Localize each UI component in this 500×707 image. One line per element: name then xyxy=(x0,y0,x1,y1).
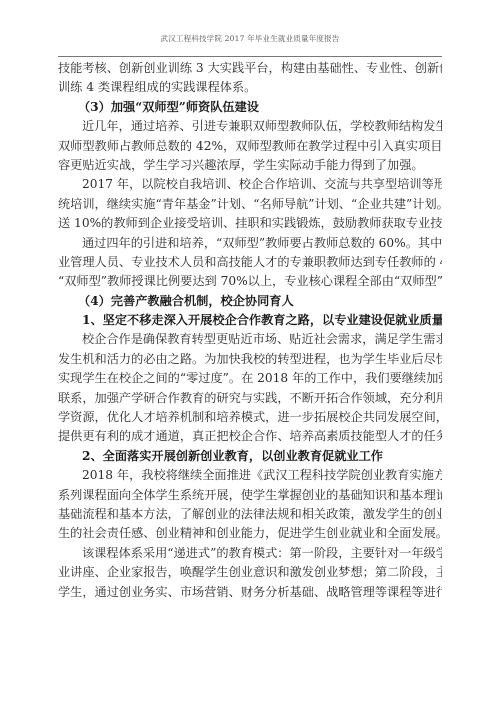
body-line: 近几年，通过培养、引进专兼职双师型教师队伍，学校教师结构发生了较大变化。 xyxy=(58,117,442,136)
subsection-heading-1: 1、坚定不移走深入开展校企合作教育之路，以专业建设促就业质量 xyxy=(58,311,442,330)
body-line: 联系，加强产学研合作教育的研究与实践，不断开拓合作领域，充分利用校外丰富的教 xyxy=(58,389,442,408)
body-line: 通过四年的引进和培养，“双师型”教师要占教师总数的 60%。其中，来自行业、企 xyxy=(58,234,442,253)
body-line: 校企合作是确保教育转型更贴近市场、贴近社会需求，满足学生需求，促进学校焕 xyxy=(58,330,442,349)
body-line: 业讲座、企业家报告，唤醒学生创业意识和激发创业梦想；第二阶段，主要针对二年级 xyxy=(58,563,442,582)
header-divider xyxy=(58,56,442,57)
body-line: “双师型”教师授课比例要达到 70%以上，专业核心课程全部由“双师型”教师授课。 xyxy=(58,272,442,291)
body-line: 学资源，优化人才培养机制和培养模式，进一步拓展校企共同发展空间，为技能型人才 xyxy=(58,408,442,427)
section-heading-3: （3）加强“双师型”师资队伍建设 xyxy=(58,98,442,117)
body-line: 训练 4 类课程组成的实践课程体系。 xyxy=(58,78,442,97)
body-line: 统培训，继续实施“青年基金”计划、“名师导航”计划、“企业共建”计划。每年将选 xyxy=(58,195,442,214)
body-line: 送 10%的教师到企业接受培训、挂职和实践锻炼，鼓励教师获取专业技能证书。 xyxy=(58,214,442,233)
body-line: 生的社会责任感、创业精神和创业能力，促进学生创业就业和全面发展。 xyxy=(58,524,442,543)
section-heading-4: （4）完善产教融合机制，校企协同育人 xyxy=(58,292,442,311)
body-line: 提供更有利的成才通道，真正把校企合作、培养高素质技能型人才的任务落到实处。 xyxy=(58,427,442,446)
body-line: 2018 年，我校将继续全面推进《武汉工程科技学院创业教育实施方案》，创业教育 xyxy=(58,466,442,485)
body-line: 学生，通过创业务实、市场营销、财务分析基础、战略管理等课程等进行学习，提升创 xyxy=(58,583,442,602)
body-line: 容更贴近实战，学生学习兴趣浓厚，学生实际动手能力得到了加强。 xyxy=(58,156,442,175)
body-line: 基础流程和基本方法，了解创业的法律法规和相关政策，激发学生的创业意识，提高学 xyxy=(58,505,442,524)
body-line: 技能考核、创新创业训练 3 大实践平台，构建由基础性、专业性、创新创业、企业实战 xyxy=(58,59,442,78)
body-line: 系列课程面向全体学生系统开展，使学生掌握创业的基础知识和基本理论，熟悉创业的 xyxy=(58,486,442,505)
subsection-heading-2: 2、全面落实开展创新创业教育，以创业教育促就业工作 xyxy=(58,447,442,466)
body-line: 该课程体系采用“递进式”的教育模式：第一阶段，主要针对一年级学生，通过创 xyxy=(58,544,442,563)
page-header-title: 武汉工程科技学院 2017 年毕业生就业质量年度报告 xyxy=(0,33,500,44)
body-line: 业管理人员、专业技术人员和高技能人才的专兼职教师达到专任教师的 40%。专业课由 xyxy=(58,253,442,272)
body-line: 2017 年，以院校自我培训、校企合作培训、交流与共享型培训等形式对教师进行系 xyxy=(58,175,442,194)
body-line: 双师型教师占教师总数的 42%，双师型教师在教学过程中引入真实项目和案例，教学内 xyxy=(58,137,442,156)
document-body: 技能考核、创新创业训练 3 大实践平台，构建由基础性、专业性、创新创业、企业实战… xyxy=(58,59,442,602)
body-line: 实现学生在校企之间的“零过度”。在 2018 年的工作中，我们要继续加强与企业的… xyxy=(58,369,442,388)
body-line: 发生机和活力的必由之路。为加快我校的转型进程，也为学生毕业后尽快适应工作岗位， xyxy=(58,350,442,369)
